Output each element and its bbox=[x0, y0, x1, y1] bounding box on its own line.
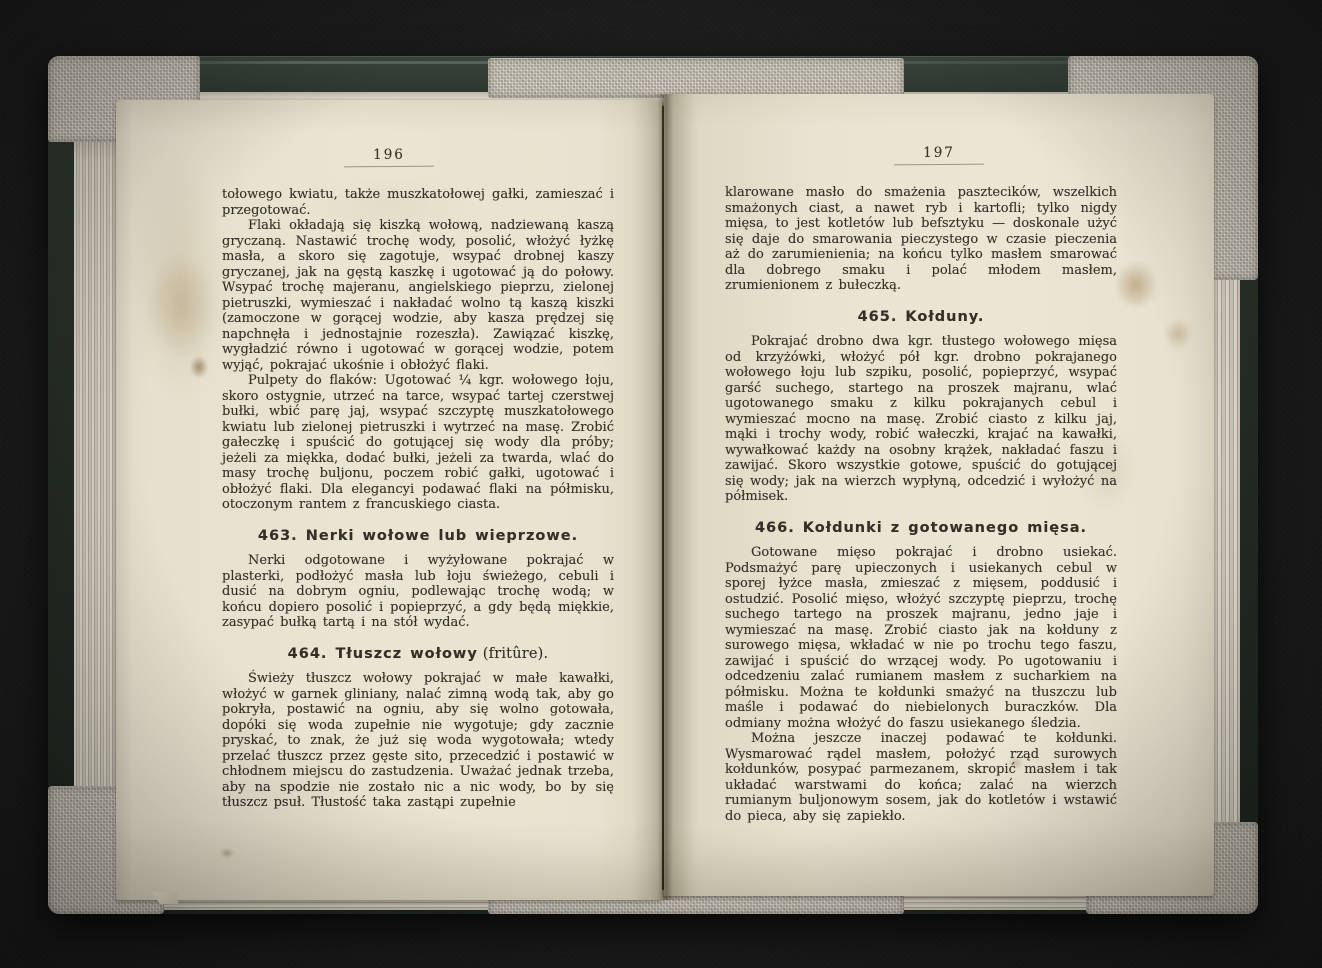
paragraph: Świeży tłuszcz wołowy pokrajać w małe ka… bbox=[222, 671, 614, 811]
open-book: 196 tołowego kwiatu, także muszkatołowej… bbox=[48, 56, 1258, 914]
section-heading-466: 466. Kołdunki z gotowanego mięsa. bbox=[725, 521, 1117, 537]
paragraph: Gotowane mięso pokrajać i drobno usiekać… bbox=[725, 545, 1117, 731]
paragraph: Można jeszcze inaczej podawać te kołdunk… bbox=[725, 731, 1117, 824]
page-number-rule bbox=[894, 164, 984, 166]
paragraph: Nerki odgotowane i wyżyłowane pokrajać w… bbox=[222, 553, 614, 631]
cloth-spine-top bbox=[488, 58, 904, 98]
photo-background: { "book": { "description": "Open antique… bbox=[0, 0, 1322, 968]
page-stack-left-edge bbox=[74, 114, 120, 900]
page-header: 197 bbox=[664, 142, 1214, 165]
text-column: klarowane masło do smażenia pasztecików,… bbox=[725, 185, 1117, 824]
paragraph: Pulpety do flaków: Ugotować ¼ kgr. wołow… bbox=[222, 373, 614, 513]
page-number-right: 197 bbox=[923, 145, 955, 161]
page-number-rule bbox=[344, 166, 434, 168]
paragraph: klarowane masło do smażenia pasztecików,… bbox=[725, 185, 1117, 294]
section-heading-464: 464. Tłuszcz wołowy(fritûre). bbox=[222, 647, 614, 663]
paragraph: tołowego kwiatu, także muszkatołowej gał… bbox=[222, 187, 614, 218]
page-header: 196 bbox=[116, 144, 662, 167]
section-heading-465: 465. Kołduny. bbox=[725, 310, 1117, 326]
paragraph: Flaki okładają się kiszką wołową, nadzie… bbox=[222, 218, 614, 373]
section-heading-464-title: 464. Tłuszcz wołowy bbox=[288, 646, 478, 662]
right-page: 197 klarowane masło do smażenia paszteci… bbox=[664, 94, 1214, 896]
section-heading-463: 463. Nerki wołowe lub wieprzowe. bbox=[222, 529, 614, 545]
text-column: tołowego kwiatu, także muszkatołowej gał… bbox=[222, 187, 614, 811]
section-heading-464-suffix: (fritûre). bbox=[483, 646, 549, 662]
left-page: 196 tołowego kwiatu, także muszkatołowej… bbox=[116, 100, 662, 900]
page-number-left: 196 bbox=[373, 147, 405, 163]
paragraph: Pokrajać drobno dwa kgr. tłustego wołowe… bbox=[725, 334, 1117, 505]
